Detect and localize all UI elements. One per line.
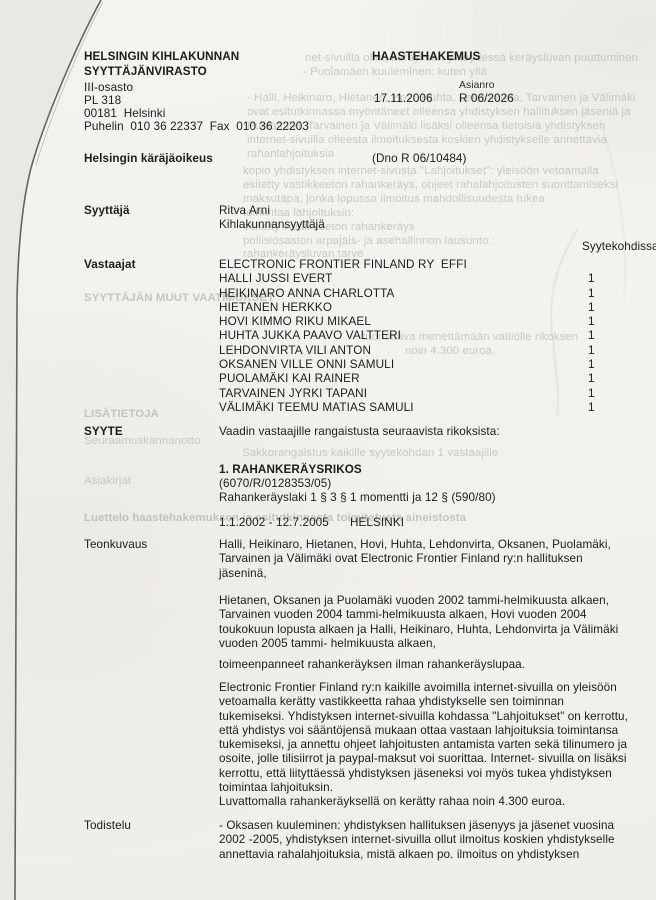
court-name: Helsingin käräjäoikeus (84, 152, 213, 166)
charge-case-ref: (6070/R/0128353/05) (219, 477, 331, 491)
defendant-row: HEIKINARO ANNA CHARLOTTA1 (219, 287, 656, 301)
description-paragraph: Halli, Heikinaro, Hietanen, Hovi, Huhta,… (219, 538, 611, 581)
defendant-name: VÄLIMÄKI TEEMU MATIAS SAMULI (219, 401, 414, 414)
court-dno: (Dno R 06/10484) (372, 152, 467, 166)
charge-place: HELSINKI (350, 516, 404, 530)
description-paragraph: Electronic Frontier Finland ry:n kaikill… (219, 681, 628, 795)
defendant-row: HIETANEN HERKKO1 (219, 301, 656, 315)
defendant-name: HIETANEN HERKKO (219, 301, 332, 314)
defendants-label: Vastaajat (84, 258, 136, 272)
defendant-count: 1 (588, 329, 595, 342)
page-fold-line (15, 0, 101, 900)
bleedthrough-text: poliisiosaston arpajais- ja asehallinnon… (243, 234, 495, 248)
defendant-name: ELECTRONIC FRONTIER FINLAND RY EFFI (219, 258, 467, 271)
defendant-name: TARVAINEN JYRKI TAPANI (219, 387, 367, 400)
description-paragraph: toimeenpanneet rahankeräyksen ilman raha… (219, 658, 525, 672)
bleedthrough-text: rahanlahjoituksia (247, 147, 334, 161)
document-title: HAASTEHAKEMUS (372, 50, 480, 64)
charge-heading: 1. RAHANKERÄYSRIKOS (219, 463, 362, 477)
description-paragraph: Luvattomalla rahankeräyksellä on kerätty… (219, 795, 565, 809)
document-date: 17.11.2006 (374, 92, 433, 106)
letterhead-office-line2: SYYTTÄJÄNVIRASTO (84, 65, 207, 79)
evidence-paragraph: - Oksasen kuuleminen: yhdistyksen hallit… (219, 819, 615, 862)
defendant-row: HUHTA JUKKA PAAVO VALTTERI1 (219, 329, 656, 343)
bleedthrough-text: Asiakirjat (84, 474, 131, 488)
letterhead-office-line1: HELSINGIN KIHLAKUNNAN (84, 50, 239, 64)
counts-column-header: Syytekohdissa (582, 240, 656, 254)
bleedthrough-text: - Halli, Heikinaro, Hietanen, Hovi, Huht… (247, 91, 636, 105)
bleedthrough-text: - Puolamäen kuuleminen: kuten yllä (303, 65, 487, 79)
description-paragraph: Hietanen, Oksanen ja Puolamäki vuoden 20… (219, 594, 618, 651)
defendant-count: 1 (588, 372, 595, 385)
defendant-name: HOVI KIMMO RIKU MIKAEL (219, 315, 371, 328)
prosecutor-label: Syyttäjä (84, 204, 130, 218)
defendant-count: 1 (588, 287, 595, 300)
bleedthrough-text: esitetty vastikkeeton rahankeräys, ohjee… (243, 178, 618, 192)
defendant-row: ELECTRONIC FRONTIER FINLAND RY EFFI (219, 258, 656, 272)
defendant-row: OKSANEN VILLE ONNI SAMULI1 (219, 358, 656, 372)
charge-statute: Rahankeräyslaki 1 § 3 § 1 momentti ja 12… (219, 491, 496, 505)
charge-period: 1.1.2002 - 12.7.2005 (219, 516, 329, 530)
bleedthrough-text: LISÄTIETOJA (84, 407, 159, 421)
scanned-document-page: net-sivuilla ollut, keräyksen yhteydessä… (0, 0, 656, 900)
bleedthrough-text: maksutapa, jonka lopussa ilmoitus mahdol… (243, 192, 545, 206)
letterhead-phone-fax: Puhelin 010 36 22337 Fax 010 36 22203 (84, 120, 309, 134)
evidence-label: Todistelu (84, 819, 131, 833)
defendant-row: HALLI JUSSI EVERT1 (219, 272, 656, 286)
defendant-name: HEIKINARO ANNA CHARLOTTA (219, 287, 394, 300)
bleedthrough-text: ovat esitutkinnassa myöntäneet olleensa … (247, 105, 631, 119)
defendant-count: 1 (588, 358, 595, 371)
defendant-count: 1 (588, 301, 595, 314)
defendant-count: 1 (588, 387, 595, 400)
defendant-name: HUHTA JUKKA PAAVO VALTTERI (219, 329, 401, 342)
prosecutor-title: Kihlakunnansyyttäjä (219, 218, 325, 232)
case-number: R 06/2026 (459, 92, 514, 106)
defendant-count: 1 (588, 344, 595, 357)
defendant-count: 1 (588, 272, 595, 285)
defendant-count: 1 (588, 315, 595, 328)
defendants-list: ELECTRONIC FRONTIER FINLAND RY EFFI HALL… (219, 258, 656, 415)
bleedthrough-text: Sakkorangaistus kaikille syytekohdan 1 v… (242, 446, 498, 460)
defendant-name: OKSANEN VILLE ONNI SAMULI (219, 358, 394, 371)
defendant-row: PUOLAMÄKI KAI RAINER1 (219, 372, 656, 386)
defendant-name: PUOLAMÄKI KAI RAINER (219, 372, 360, 385)
bleedthrough-text: internet-sivuilla olleesta ilmoituksesta… (247, 133, 607, 147)
defendant-row: HOVI KIMMO RIKU MIKAEL1 (219, 315, 656, 329)
defendant-name: LEHDONVIRTA VILI ANTON (219, 344, 371, 357)
defendant-row: VÄLIMÄKI TEEMU MATIAS SAMULI1 (219, 401, 656, 415)
defendant-count: 1 (588, 401, 595, 414)
charge-section-label: SYYTE (84, 425, 123, 439)
description-label: Teonkuvaus (84, 538, 147, 552)
defendant-row: TARVAINEN JYRKI TAPANI1 (219, 387, 656, 401)
scanner-margin-area (0, 0, 101, 900)
prosecutor-name: Ritva Arni (219, 204, 270, 218)
charge-intro: Vaadin vastaajille rangaistusta seuraavi… (219, 425, 500, 439)
defendant-name: HALLI JUSSI EVERT (219, 272, 332, 285)
defendant-row: LEHDONVIRTA VILI ANTON1 (219, 344, 656, 358)
